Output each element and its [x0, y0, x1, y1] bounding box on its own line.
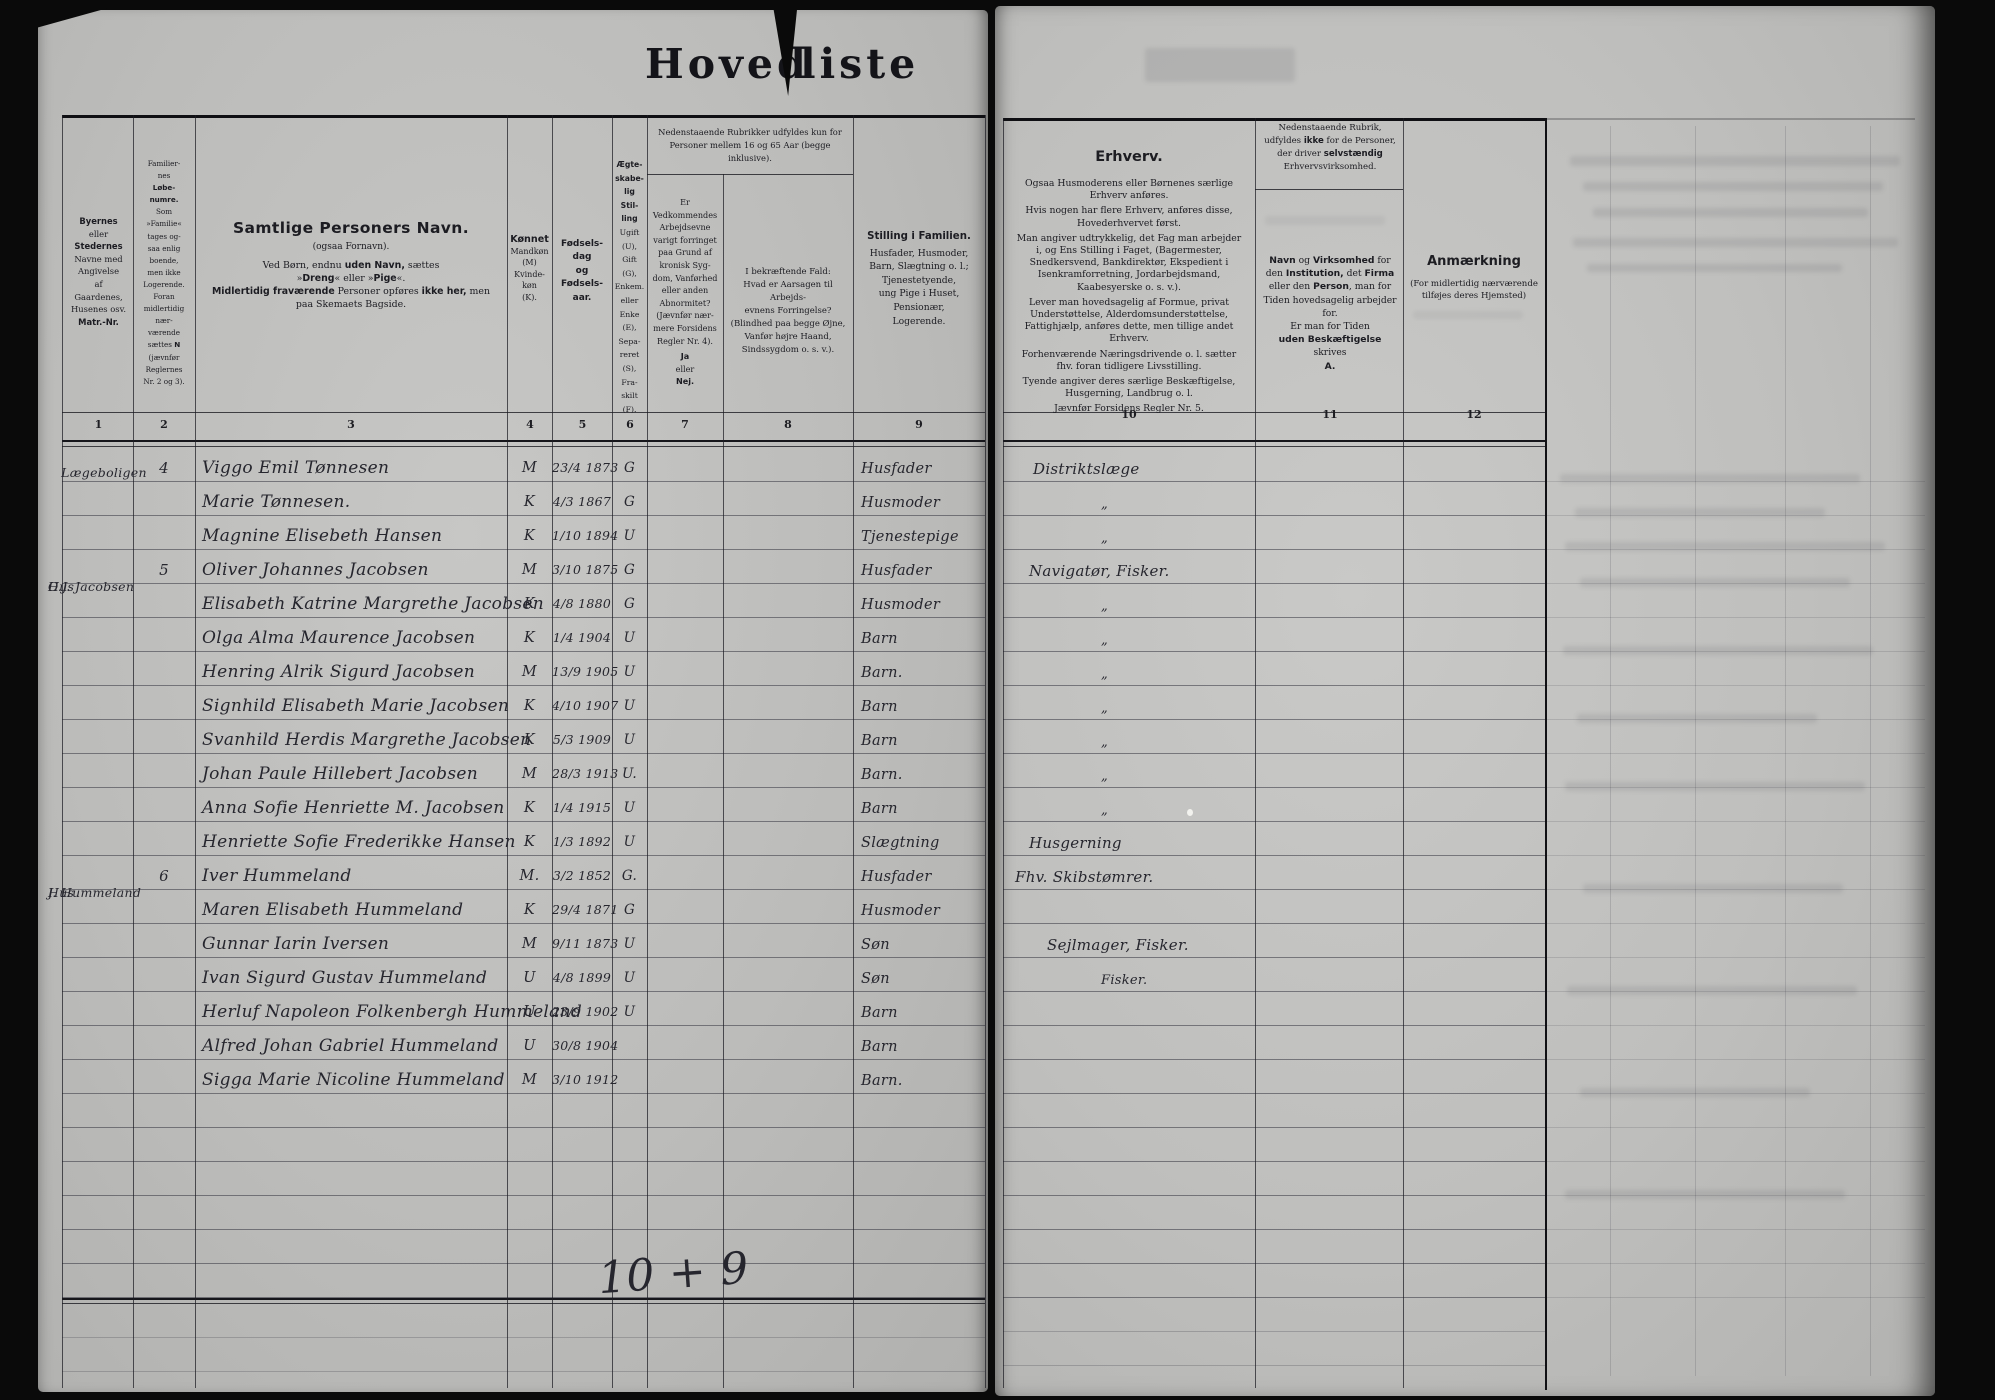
- occupation-cell: „: [1003, 633, 1108, 648]
- occupation-cell: „: [1003, 803, 1108, 818]
- sex-cell: M: [507, 936, 552, 952]
- bleed-through-ghost: [1265, 216, 1385, 225]
- table-row: [1003, 992, 1343, 1026]
- ghost-column-rule: [1785, 126, 1786, 1376]
- family-number-cell: 5: [133, 561, 195, 579]
- table-row: J. HummelandHus6Iver HummelandM.3/2 1852…: [62, 856, 985, 890]
- table-row: Distriktslæge: [1003, 448, 1343, 482]
- bleed-through-ghost: [1145, 48, 1295, 82]
- family-position-cell: Husfader: [861, 461, 991, 477]
- table-row: „: [1003, 686, 1343, 720]
- sex-cell: K: [507, 494, 552, 510]
- header-col8-cause: I bekræftende Fald:Hvad er Aarsagen til …: [724, 266, 852, 357]
- family-position-cell: Husfader: [861, 563, 991, 579]
- number-row-rule: [62, 412, 985, 413]
- header-double-rule: [62, 440, 985, 442]
- bleed-through-ghost: [1573, 238, 1898, 247]
- sex-cell: M: [507, 664, 552, 680]
- family-position-cell: Barn: [861, 699, 991, 715]
- table-row: Ivan Sigurd Gustav HummelandU4/8 1899USø…: [62, 958, 985, 992]
- header-note-age-range: Nedenstaaende Rubrikker udfyldes kun for…: [648, 126, 852, 165]
- occupation-cell: „: [1003, 735, 1108, 750]
- col-number: 12: [1405, 408, 1543, 421]
- table-row: Navigatør, Fisker.: [1003, 550, 1343, 584]
- table-row: „: [1003, 652, 1343, 686]
- table-row: Husgerning: [1003, 822, 1343, 856]
- handwritten-tally: 10 + 9: [596, 1243, 750, 1304]
- column-rule: [1403, 118, 1404, 1388]
- table-row: Maren Elisabeth HummelandK29/4 1871GHusm…: [62, 890, 985, 924]
- family-position-cell: Barn.: [861, 1073, 991, 1089]
- header-col11-note: Nedenstaaende Rubrik,udfyldes ikke for d…: [1257, 122, 1403, 174]
- page-title-liste: liste: [800, 40, 919, 88]
- birthdate-cell: 13/9 1905: [552, 664, 612, 679]
- bleed-through-ghost: [1577, 714, 1817, 723]
- table-row: „: [1003, 720, 1343, 754]
- right-page: Erhverv. Ogsaa Husmoderens eller Børnene…: [995, 6, 1935, 1396]
- bleed-through-ghost: [1567, 986, 1857, 995]
- name-cell: Alfred Johan Gabriel Hummeland: [202, 1036, 499, 1056]
- bleed-through-ghost: [1565, 542, 1885, 551]
- sex-cell: K: [507, 800, 552, 816]
- header-col11-employer: Navn og Virksomhed forden Institution, d…: [1257, 254, 1403, 373]
- birthdate-cell: 3/2 1852: [552, 868, 612, 883]
- name-cell: Oliver Johannes Jacobsen: [202, 560, 429, 580]
- col-number: 6: [613, 418, 647, 431]
- header-double-rule: [1003, 440, 1547, 442]
- sex-cell: M: [507, 766, 552, 782]
- marital-status-cell: U: [612, 970, 647, 986]
- family-number-cell: 6: [133, 867, 195, 885]
- table-row: [1003, 890, 1343, 924]
- name-cell: Elisabeth Katrine Margrethe Jacobsen: [202, 594, 544, 614]
- col-number: 2: [134, 418, 194, 431]
- note-underline: [647, 174, 853, 175]
- table-row: Fhv. Skibstømrer.: [1003, 856, 1343, 890]
- sex-cell: M: [507, 1072, 552, 1088]
- table-row: „: [1003, 618, 1343, 652]
- name-cell: Henring Alrik Sigurd Jacobsen: [202, 662, 475, 682]
- row-lines-below: [1003, 1298, 1547, 1388]
- name-cell: Maren Elisabeth Hummeland: [202, 900, 463, 920]
- table-row: Svanhild Herdis Margrethe JacobsenK5/3 1…: [62, 720, 985, 754]
- header-col2-family-number: Familier-nesLøbe-numre.Som»Familie«tages…: [134, 158, 194, 388]
- family-position-cell: Husmoder: [861, 903, 991, 919]
- left-page: Hoved liste ByernesellerStedernesNavne m…: [38, 10, 988, 1392]
- table-row: „: [1003, 516, 1343, 550]
- sex-cell: U: [507, 970, 552, 986]
- col-number: 10: [1003, 408, 1255, 421]
- family-position-cell: Tjenestepige: [861, 529, 991, 545]
- occupation-cell: Fisker.: [1003, 973, 1147, 988]
- family-position-cell: Husmoder: [861, 597, 991, 613]
- scanned-census-spread: Hoved liste ByernesellerStedernesNavne m…: [0, 0, 1995, 1400]
- birthdate-cell: 4/10 1907: [552, 698, 612, 713]
- birthdate-cell: 3/10 1875: [552, 562, 612, 577]
- marital-status-cell: G.: [612, 868, 647, 884]
- marital-status-cell: U: [612, 698, 647, 714]
- col-number: 1: [64, 418, 133, 431]
- marital-status-cell: U: [612, 834, 647, 850]
- family-position-cell: Søn: [861, 971, 991, 987]
- table-row: Marie Tønnesen.K4/3 1867GHusmoder: [62, 482, 985, 516]
- header-col7-work-ability: ErVedkommendesArbejdsevnevarigt forringe…: [648, 196, 722, 388]
- sex-cell: U: [507, 1038, 552, 1054]
- bleed-through-ghost: [1565, 782, 1865, 791]
- sex-cell: K: [507, 698, 552, 714]
- table-row: Fisker.: [1003, 958, 1343, 992]
- occupation-cell: Distriktslæge: [1003, 460, 1140, 478]
- name-cell: Sigga Marie Nicoline Hummeland: [202, 1070, 505, 1090]
- sex-cell: K: [507, 528, 552, 544]
- row-lines-below: [62, 1304, 985, 1388]
- family-position-cell: Barn: [861, 631, 991, 647]
- name-cell: Anna Sofie Henriette M. Jacobsen: [202, 798, 505, 818]
- bleed-through-ghost: [1593, 208, 1868, 217]
- marital-status-cell: G: [612, 494, 647, 510]
- header-col9-family-position: Stilling i Familien.Husfader, Husmoder,B…: [854, 230, 984, 328]
- table-row: Henring Alrik Sigurd JacobsenM13/9 1905U…: [62, 652, 985, 686]
- name-cell: Signhild Elisabeth Marie Jacobsen: [202, 696, 509, 716]
- name-cell: Ivan Sigurd Gustav Hummeland: [202, 968, 487, 988]
- footer-double-rule: [62, 1298, 985, 1300]
- name-cell: Magnine Elisebeth Hansen: [202, 526, 442, 546]
- sex-cell: M: [507, 460, 552, 476]
- table-row: Sigga Marie Nicoline HummelandM3/10 1912…: [62, 1060, 985, 1094]
- header-double-rule-thin: [1003, 446, 1547, 447]
- birthdate-cell: 1/4 1915: [552, 800, 612, 815]
- family-position-cell: Slægtning: [861, 835, 991, 851]
- header-col6-marital-status: Ægte-skabe-ligStil-lingUgift(U),Gift(G),…: [613, 158, 646, 416]
- marital-status-cell: U: [612, 1004, 647, 1020]
- birthdate-cell: 4/3 1867: [552, 494, 612, 509]
- bleed-through-ghost: [1563, 646, 1873, 655]
- birthdate-cell: 28/3 1913: [552, 766, 612, 781]
- family-position-cell: Barn.: [861, 665, 991, 681]
- marital-status-cell: G: [612, 902, 647, 918]
- header-col12-remarks-title: Anmærkning: [1405, 254, 1543, 269]
- table-row: Alfred Johan Gabriel HummelandU30/8 1904…: [62, 1026, 985, 1060]
- table-row: Henriette Sofie Frederikke HansenK1/3 18…: [62, 822, 985, 856]
- table-row: Lægeboligen4Viggo Emil TønnesenM23/4 187…: [62, 448, 985, 482]
- header-col12-remarks-sub: (For midlertidig nærværendetilføjes dere…: [1405, 278, 1543, 302]
- col-number: 5: [553, 418, 612, 431]
- note-underline: [1255, 189, 1403, 190]
- birthdate-cell: 23/9 1902: [552, 1004, 612, 1019]
- header-col1-place: ByernesellerStedernesNavne medAngivelsea…: [64, 215, 133, 328]
- name-cell: Svanhild Herdis Margrethe Jacobsen: [202, 730, 531, 750]
- occupation-cell: Husgerning: [1003, 834, 1122, 852]
- birthdate-cell: 9/11 1873: [552, 936, 612, 951]
- marital-status-cell: U: [612, 664, 647, 680]
- header-col3-names: Samtlige Personers Navn.(ogsaa Fornavn).…: [198, 222, 504, 311]
- marital-status-cell: G: [612, 562, 647, 578]
- marital-status-cell: U.: [612, 766, 647, 782]
- table-row: „: [1003, 788, 1343, 822]
- table-row: Signhild Elisabeth Marie JacobsenK4/10 1…: [62, 686, 985, 720]
- bleed-through-ghost: [1587, 264, 1842, 272]
- sex-cell: K: [507, 834, 552, 850]
- table-row: O.J. JacobsenHus5Oliver Johannes Jacobse…: [62, 550, 985, 584]
- table-row: Sejlmager, Fisker.: [1003, 924, 1343, 958]
- name-cell: Gunnar Iarin Iversen: [202, 934, 389, 954]
- header-col10-occupation-rules: Ogsaa Husmoderens eller Børnenes særlige…: [1015, 178, 1243, 419]
- header-col5-birthdate: Fødsels-dagogFødsels-aar.: [553, 238, 611, 305]
- col-number: 8: [724, 418, 852, 431]
- table-row: Johan Paule Hillebert JacobsenM28/3 1913…: [62, 754, 985, 788]
- family-position-cell: Søn: [861, 937, 991, 953]
- header-double-rule-thin: [62, 446, 985, 447]
- sex-cell: K: [507, 902, 552, 918]
- birthdate-cell: 4/8 1899: [552, 970, 612, 985]
- occupation-cell: „: [1003, 599, 1108, 614]
- marital-status-cell: U: [612, 630, 647, 646]
- bleed-through-ghost: [1580, 1088, 1810, 1097]
- ghost-column-rule: [1870, 126, 1871, 1376]
- table-top-rule: [1003, 118, 1547, 121]
- col-number: 7: [648, 418, 722, 431]
- bleed-through-ghost: [1570, 156, 1900, 166]
- birthdate-cell: 4/8 1880: [552, 596, 612, 611]
- birthdate-cell: 30/8 1904: [552, 1038, 612, 1053]
- occupation-cell: „: [1003, 701, 1108, 716]
- marital-status-cell: U: [612, 800, 647, 816]
- occupation-rows: Distriktslæge „ „ Navigatør, Fisker. „ „…: [1003, 448, 1343, 1094]
- occupation-cell: Navigatør, Fisker.: [1003, 562, 1170, 580]
- sex-cell: M.: [507, 868, 552, 884]
- header-col4-sex: KønnetMandkøn(M)Kvinde-køn(K).: [508, 234, 551, 304]
- name-cell: Olga Alma Maurence Jacobsen: [202, 628, 475, 648]
- occupation-cell: „: [1003, 531, 1108, 546]
- occupation-cell: „: [1003, 667, 1108, 682]
- table-row: [1003, 1060, 1343, 1094]
- family-position-cell: Husmoder: [861, 495, 991, 511]
- bleed-through-ghost: [1565, 1190, 1845, 1199]
- table-row: Olga Alma Maurence JacobsenK1/4 1904UBar…: [62, 618, 985, 652]
- table-row: „: [1003, 584, 1343, 618]
- family-position-cell: Barn.: [861, 767, 991, 783]
- table-row: „: [1003, 754, 1343, 788]
- sex-cell: K: [507, 596, 552, 612]
- table-row: Anna Sofie Henriette M. JacobsenK1/4 191…: [62, 788, 985, 822]
- page-edge-rule: [1545, 118, 1547, 1390]
- column-rule: [985, 115, 986, 1388]
- family-position-cell: Barn: [861, 801, 991, 817]
- birthdate-cell: 1/10 1894: [552, 528, 612, 543]
- table-row: „: [1003, 482, 1343, 516]
- marital-status-cell: U: [612, 936, 647, 952]
- birthdate-cell: 1/3 1892: [552, 834, 612, 849]
- col-number: 11: [1257, 408, 1403, 421]
- bleed-through-ghost: [1583, 884, 1843, 893]
- table-row: Elisabeth Katrine Margrethe JacobsenK4/8…: [62, 584, 985, 618]
- header-col10-occupation-title: Erhverv.: [1003, 149, 1255, 165]
- sex-cell: K: [507, 732, 552, 748]
- occupation-cell: „: [1003, 769, 1108, 784]
- table-top-rule: [62, 115, 985, 118]
- birthdate-cell: 23/4 1873: [552, 460, 612, 475]
- family-position-cell: Barn: [861, 1039, 991, 1055]
- birthdate-cell: 5/3 1909: [552, 732, 612, 747]
- family-position-cell: Barn: [861, 733, 991, 749]
- family-number-cell: 4: [133, 459, 195, 477]
- name-cell: Viggo Emil Tønnesen: [202, 458, 389, 478]
- bleed-through-ghost: [1413, 311, 1523, 319]
- birthdate-cell: 1/4 1904: [552, 630, 612, 645]
- col-number: 3: [196, 418, 506, 431]
- sex-cell: M: [507, 562, 552, 578]
- row-lines-ghost: [1547, 448, 1925, 1298]
- dust-speck: [1187, 809, 1193, 816]
- birthdate-cell: 3/10 1912: [552, 1072, 612, 1087]
- table-row: [1003, 1026, 1343, 1060]
- table-row: Herluf Napoleon Folkenbergh HummelandU23…: [62, 992, 985, 1026]
- marital-status-cell: U: [612, 732, 647, 748]
- name-cell: Marie Tønnesen.: [202, 492, 350, 512]
- table-row: Magnine Elisebeth HansenK1/10 1894UTjene…: [62, 516, 985, 550]
- sex-cell: K: [507, 630, 552, 646]
- name-cell: Henriette Sofie Frederikke Hansen: [202, 832, 516, 852]
- table-top-rule-ghost: [1547, 118, 1915, 120]
- family-position-cell: Barn: [861, 1005, 991, 1021]
- marital-status-cell: G: [612, 596, 647, 612]
- occupation-cell: „: [1003, 497, 1108, 512]
- name-cell: Johan Paule Hillebert Jacobsen: [202, 764, 478, 784]
- col-number: 9: [854, 418, 984, 431]
- family-position-cell: Husfader: [861, 869, 991, 885]
- sex-cell: U: [507, 1004, 552, 1020]
- bleed-through-ghost: [1580, 578, 1850, 587]
- occupation-cell: Sejlmager, Fisker.: [1003, 936, 1189, 954]
- marital-status-cell: U: [612, 528, 647, 544]
- bleed-through-ghost: [1560, 474, 1860, 483]
- ghost-column-rule: [1610, 126, 1611, 1376]
- bleed-through-ghost: [1575, 508, 1825, 517]
- birthdate-cell: 29/4 1871: [552, 902, 612, 917]
- marital-status-cell: G: [612, 460, 647, 476]
- table-row: Gunnar Iarin IversenM9/11 1873USøn: [62, 924, 985, 958]
- ghost-column-rule: [1695, 126, 1696, 1376]
- person-rows: Lægeboligen4Viggo Emil TønnesenM23/4 187…: [62, 448, 985, 1094]
- occupation-cell: Fhv. Skibstømrer.: [1003, 868, 1153, 886]
- bleed-through-ghost: [1583, 182, 1883, 191]
- name-cell: Iver Hummeland: [202, 866, 352, 886]
- col-number: 4: [508, 418, 552, 431]
